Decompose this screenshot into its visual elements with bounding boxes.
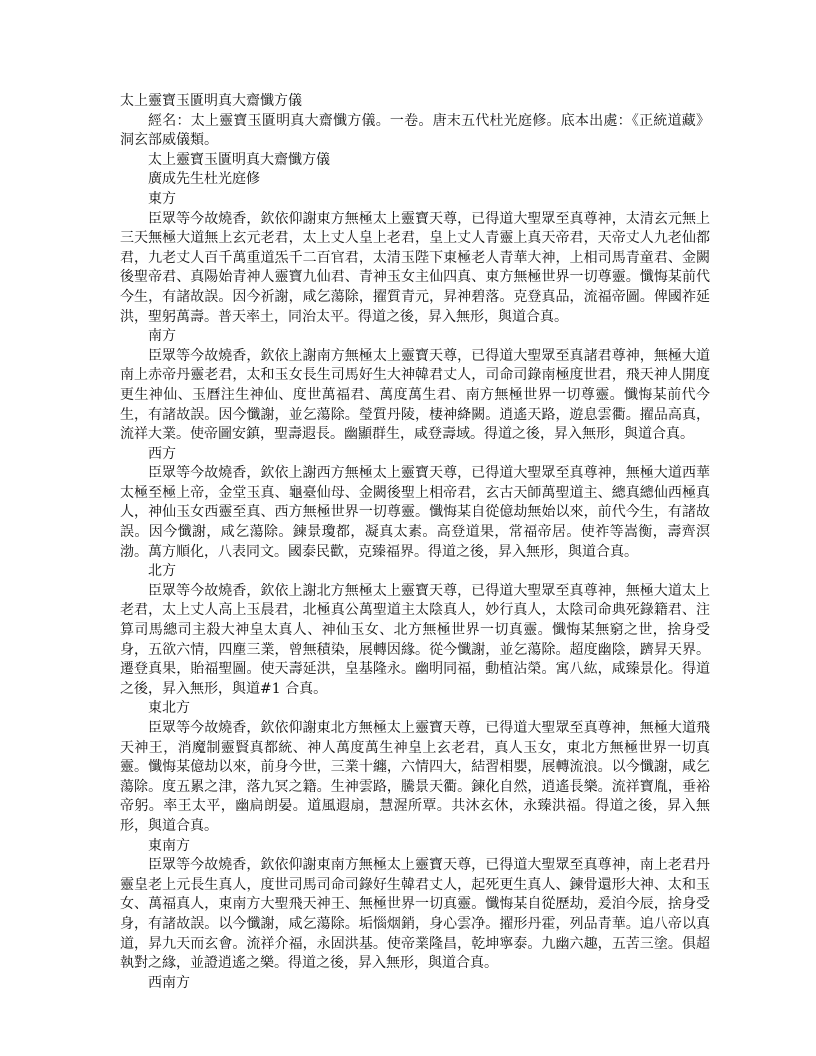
document-meta: 經名：太上靈寶玉匱明真大齋懺方儀。一卷。唐末五代杜光庭修。底本出處：《正統道藏》… <box>120 112 710 151</box>
section-heading-south: 南方 <box>120 327 710 347</box>
document-page: 太上靈寶玉匱明真大齋懺方儀 經名：太上靈寶玉匱明真大齋懺方儀。一卷。唐末五代杜光… <box>120 92 710 993</box>
section-heading-east: 東方 <box>120 190 710 210</box>
document-title: 太上靈寶玉匱明真大齋懺方儀 <box>120 92 710 112</box>
section-heading-southwest: 西南方 <box>120 974 710 994</box>
section-text-south: 臣眾等今故燒香，欽依上謝南方無極太上靈寶天尊，已得道大聖眾至真諸君尊神，無極大道… <box>120 347 710 445</box>
document-author: 廣成先生杜光庭修 <box>120 170 710 190</box>
section-heading-northeast: 東北方 <box>120 699 710 719</box>
section-heading-southeast: 東南方 <box>120 837 710 857</box>
section-heading-west: 西方 <box>120 445 710 465</box>
section-heading-north: 北方 <box>120 562 710 582</box>
section-text-southeast: 臣眾等今故燒香，欽依仰謝東南方無極太上靈寶天尊，已得道大聖眾至真尊神，南上老君丹… <box>120 856 710 974</box>
section-text-north: 臣眾等今故燒香，欽依上謝北方無極太上靈寶天尊，已得道大聖眾至真尊神，無極大道太上… <box>120 582 710 700</box>
section-text-east: 臣眾等今故燒香，欽依仰謝東方無極太上靈寶天尊，已得道大聖眾至真尊神，太清玄元無上… <box>120 210 710 328</box>
section-text-west: 臣眾等今故燒香，欽依上謝西方無極太上靈寶天尊，已得道大聖眾至真尊神，無極大道西華… <box>120 464 710 562</box>
section-text-northeast: 臣眾等今故燒香，欽依仰謝東北方無極太上靈寶天尊，已得道大聖眾至真尊神，無極大道飛… <box>120 719 710 837</box>
document-subtitle: 太上靈寶玉匱明真大齋懺方儀 <box>120 151 710 171</box>
